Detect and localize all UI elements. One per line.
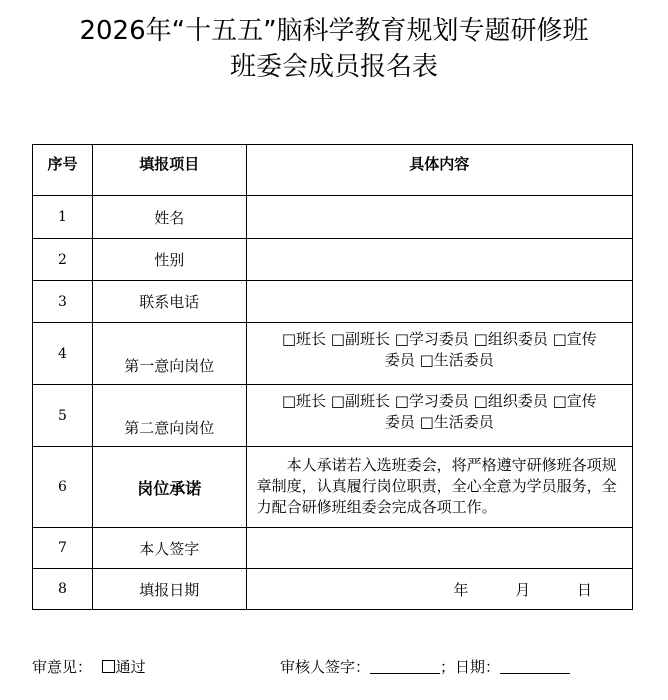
row-label: 姓名: [92, 196, 246, 239]
row-number: 3: [33, 281, 93, 323]
table-row-phone: 3 联系电话: [33, 281, 633, 323]
row-number: 2: [33, 239, 93, 281]
day-label: 日: [577, 579, 592, 600]
date-field[interactable]: 年 月 日: [246, 569, 632, 610]
review-section: 审意见： 通过: [32, 656, 146, 677]
options-line2[interactable]: 委员 □生活委员: [257, 412, 622, 433]
row-number: 5: [33, 385, 93, 447]
options-line2[interactable]: 委员 □生活委员: [257, 350, 622, 371]
row-label: 性别: [92, 239, 246, 281]
table-header-row: 序号 填报项目 具体内容: [33, 145, 633, 196]
registration-form-table: 序号 填报项目 具体内容 1 姓名 2 性别 3 联系电话 4 第一意向岗位 □…: [32, 144, 633, 610]
signature-field[interactable]: [246, 528, 632, 569]
separator: ；: [440, 658, 455, 676]
pledge-text: 本人承诺若入选班委会，将严格遵守研修班各项规章制度，认真履行岗位职责，全心全意为…: [246, 447, 632, 528]
row-label: 联系电话: [92, 281, 246, 323]
row-number: 6: [33, 447, 93, 528]
table-row-pledge: 6 岗位承诺 本人承诺若入选班委会，将严格遵守研修班各项规章制度，认真履行岗位职…: [33, 447, 633, 528]
pass-checkbox[interactable]: [102, 660, 115, 673]
row-label: 岗位承诺: [92, 447, 246, 528]
table-row-signature: 7 本人签字: [33, 528, 633, 569]
row-label: 本人签字: [92, 528, 246, 569]
document-title-line2: 班委会成员报名表: [0, 50, 668, 84]
reviewer-section: 审核人签字：；日期：: [280, 656, 570, 677]
second-choice-options[interactable]: □班长 □副班长 □学习委员 □组织委员 □宣传 委员 □生活委员: [246, 385, 632, 447]
year-label: 年: [453, 579, 468, 600]
header-content: 具体内容: [246, 145, 632, 196]
review-label: 审意见：: [32, 658, 92, 676]
options-line1[interactable]: □班长 □副班长 □学习委员 □组织委员 □宣传: [257, 391, 622, 412]
row-label: 第一意向岗位: [92, 323, 246, 385]
row-label: 填报日期: [92, 569, 246, 610]
table-row-first-choice: 4 第一意向岗位 □班长 □副班长 □学习委员 □组织委员 □宣传 委员 □生活…: [33, 323, 633, 385]
row-label: 第二意向岗位: [92, 385, 246, 447]
document-title-line1: 2026年“十五五”脑科学教育规划专题研修班: [0, 14, 668, 48]
table-row-date: 8 填报日期 年 月 日: [33, 569, 633, 610]
table-row-name: 1 姓名: [33, 196, 633, 239]
phone-field[interactable]: [246, 281, 632, 323]
review-date-blank[interactable]: [500, 659, 570, 674]
gender-field[interactable]: [246, 239, 632, 281]
reviewer-label: 审核人签字：: [280, 658, 370, 676]
header-item: 填报项目: [92, 145, 246, 196]
name-field[interactable]: [246, 196, 632, 239]
month-label: 月: [515, 579, 530, 600]
table-row-gender: 2 性别: [33, 239, 633, 281]
pass-label: 通过: [116, 658, 146, 676]
table-row-second-choice: 5 第二意向岗位 □班长 □副班长 □学习委员 □组织委员 □宣传 委员 □生活…: [33, 385, 633, 447]
row-number: 8: [33, 569, 93, 610]
header-number: 序号: [33, 145, 93, 196]
row-number: 4: [33, 323, 93, 385]
options-line1[interactable]: □班长 □副班长 □学习委员 □组织委员 □宣传: [257, 329, 622, 350]
date-label: 日期：: [455, 658, 500, 676]
row-number: 7: [33, 528, 93, 569]
first-choice-options[interactable]: □班长 □副班长 □学习委员 □组织委员 □宣传 委员 □生活委员: [246, 323, 632, 385]
reviewer-signature-blank[interactable]: [370, 659, 440, 674]
row-number: 1: [33, 196, 93, 239]
